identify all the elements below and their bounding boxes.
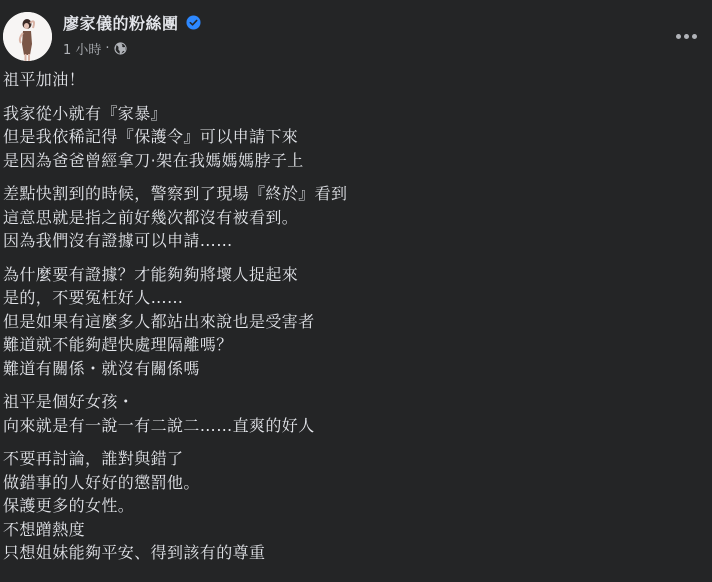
post-paragraph: 祖平加油！ — [3, 68, 703, 92]
more-horizontal-icon — [692, 34, 697, 39]
post-body: 祖平加油！ 我家從小就有『家暴』 但是我依稀記得『保護令』可以申請下來 是因為爸… — [3, 68, 703, 575]
avatar[interactable] — [3, 12, 52, 61]
post-paragraph: 我家從小就有『家暴』 但是我依稀記得『保護令』可以申請下來 是因為爸爸曾經拿刀·… — [3, 102, 703, 173]
post-paragraph: 差點快割到的時候，警察到了現場『終於』看到 這意思就是指之前好幾次都沒有被看到。… — [3, 182, 703, 253]
author-line: 廖家儀的粉絲團 — [63, 10, 201, 34]
post-paragraph: 祖平是個好女孩・ 向來就是有一說一有二說二……直爽的好人 — [3, 390, 703, 437]
post-line: 但是如果有這麼多人都站出來說也是受害者 — [3, 310, 703, 334]
more-horizontal-icon — [684, 34, 689, 39]
post-line: 向來就是有一說一有二說二……直爽的好人 — [3, 414, 703, 438]
post-line: 我家從小就有『家暴』 — [3, 102, 703, 126]
post-meta: 1 小時 · — [63, 38, 127, 58]
post-line: 這意思就是指之前好幾次都沒有被看到。 — [3, 206, 703, 230]
post-line: 不要再討論，誰對與錯了 — [3, 447, 703, 471]
post-line: 保護更多的女性。 — [3, 494, 703, 518]
post-header: 廖家儀的粉絲團 1 小時 · — [0, 0, 712, 64]
post-line: 做錯事的人好好的懲罰他。 — [3, 471, 703, 495]
post-line: 但是我依稀記得『保護令』可以申請下來 — [3, 125, 703, 149]
post-paragraph: 為什麼要有證據？才能夠夠將壞人捉起來 是的，不要冤枉好人…… 但是如果有這麼多人… — [3, 263, 703, 381]
post-line: 因為我們沒有證據可以申請…… — [3, 229, 703, 253]
post-line: 難道就不能夠趕快處理隔離嗎？ — [3, 333, 703, 357]
more-horizontal-icon — [676, 34, 681, 39]
post-timestamp-link[interactable]: 1 小時 — [63, 39, 101, 58]
post-line: 難道有關係・就沒有關係嗎 — [3, 357, 703, 381]
author-name-link[interactable]: 廖家儀的粉絲團 — [63, 11, 179, 34]
globe-icon[interactable] — [114, 42, 127, 55]
post-line: 是因為爸爸曾經拿刀·架在我媽媽媽脖子上 — [3, 149, 703, 173]
post-line: 不想蹭熱度 — [3, 518, 703, 542]
verified-badge-icon — [186, 15, 201, 30]
more-options-button[interactable] — [668, 18, 704, 54]
post-line: 只想姐妹能夠平安、得到該有的尊重 — [3, 541, 703, 565]
avatar-photo — [3, 12, 52, 61]
meta-separator: · — [105, 41, 109, 56]
post-line: 為什麼要有證據？才能夠夠將壞人捉起來 — [3, 263, 703, 287]
post-line: 是的，不要冤枉好人…… — [3, 286, 703, 310]
post-line: 祖平是個好女孩・ — [3, 390, 703, 414]
post-line: 差點快割到的時候，警察到了現場『終於』看到 — [3, 182, 703, 206]
post-paragraph: 不要再討論，誰對與錯了 做錯事的人好好的懲罰他。 保護更多的女性。 不想蹭熱度 … — [3, 447, 703, 565]
post-line: 祖平加油！ — [3, 68, 703, 92]
